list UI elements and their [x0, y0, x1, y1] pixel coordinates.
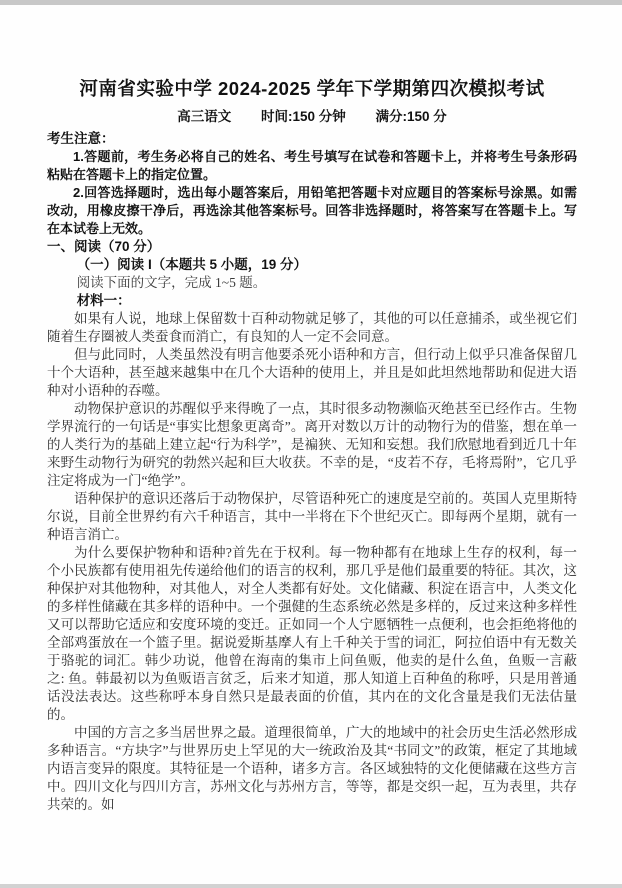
- scan-edge-top: [0, 0, 622, 5]
- material-paragraph-4: 语种保护的意识还落后于动物保护，尽管语种死亡的速度是空前的。英国人克里斯特尔说，…: [47, 490, 577, 544]
- notice-heading: 考生注意：: [47, 130, 577, 148]
- subject-label: 高三语文: [177, 109, 231, 124]
- exam-paper-page: 河南省实验中学 2024-2025 学年下学期第四次模拟考试 高三语文 时间:1…: [0, 0, 622, 888]
- score-label: 满分:150 分: [376, 109, 447, 124]
- material-paragraph-3: 动物保护意识的苏醒似乎来得晚了一点，其时很多动物濒临灭绝甚至已经作古。生物学界流…: [47, 400, 577, 490]
- notice-item-1: 1.答题前，考生务必将自己的姓名、考生号填写在试卷和答题卡上，并将考生号条形码粘…: [47, 148, 577, 184]
- notice-item-2: 2.回答选择题时，选出每小题答案后，用铅笔把答题卡对应题目的答案标号涂黑。如需改…: [47, 184, 577, 238]
- reading-instruction: 阅读下面的文字，完成 1~5 题。: [47, 274, 577, 292]
- material-paragraph-6: 中国的方言之多当居世界之最。道理很简单，广大的地域中的社会历史生活必然形成多种语…: [47, 724, 577, 814]
- material-one-label: 材料一：: [47, 292, 577, 310]
- page-title: 河南省实验中学 2024-2025 学年下学期第四次模拟考试: [47, 77, 577, 101]
- time-label: 时间:150 分钟: [261, 109, 346, 124]
- material-paragraph-1: 如果有人说，地球上保留数十百种动物就足够了，其他的可以任意捕杀，或坐视它们随着生…: [47, 310, 577, 346]
- material-paragraph-2: 但与此同时，人类虽然没有明言他要杀死小语种和方言，但行动上似乎只准备保留几十个大…: [47, 346, 577, 400]
- scan-edge-bottom: [0, 884, 622, 888]
- section-heading-reading: 一、阅读（70 分）: [47, 238, 577, 256]
- material-paragraph-5: 为什么要保护物种和语种?首先在于权利。每一物种都有在地球上生存的权利，每一个小民…: [47, 544, 577, 724]
- subsection-heading-reading-1: （一）阅读 I（本题共 5 小题，19 分）: [47, 256, 577, 274]
- exam-meta-line: 高三语文 时间:150 分钟 满分:150 分: [47, 108, 577, 126]
